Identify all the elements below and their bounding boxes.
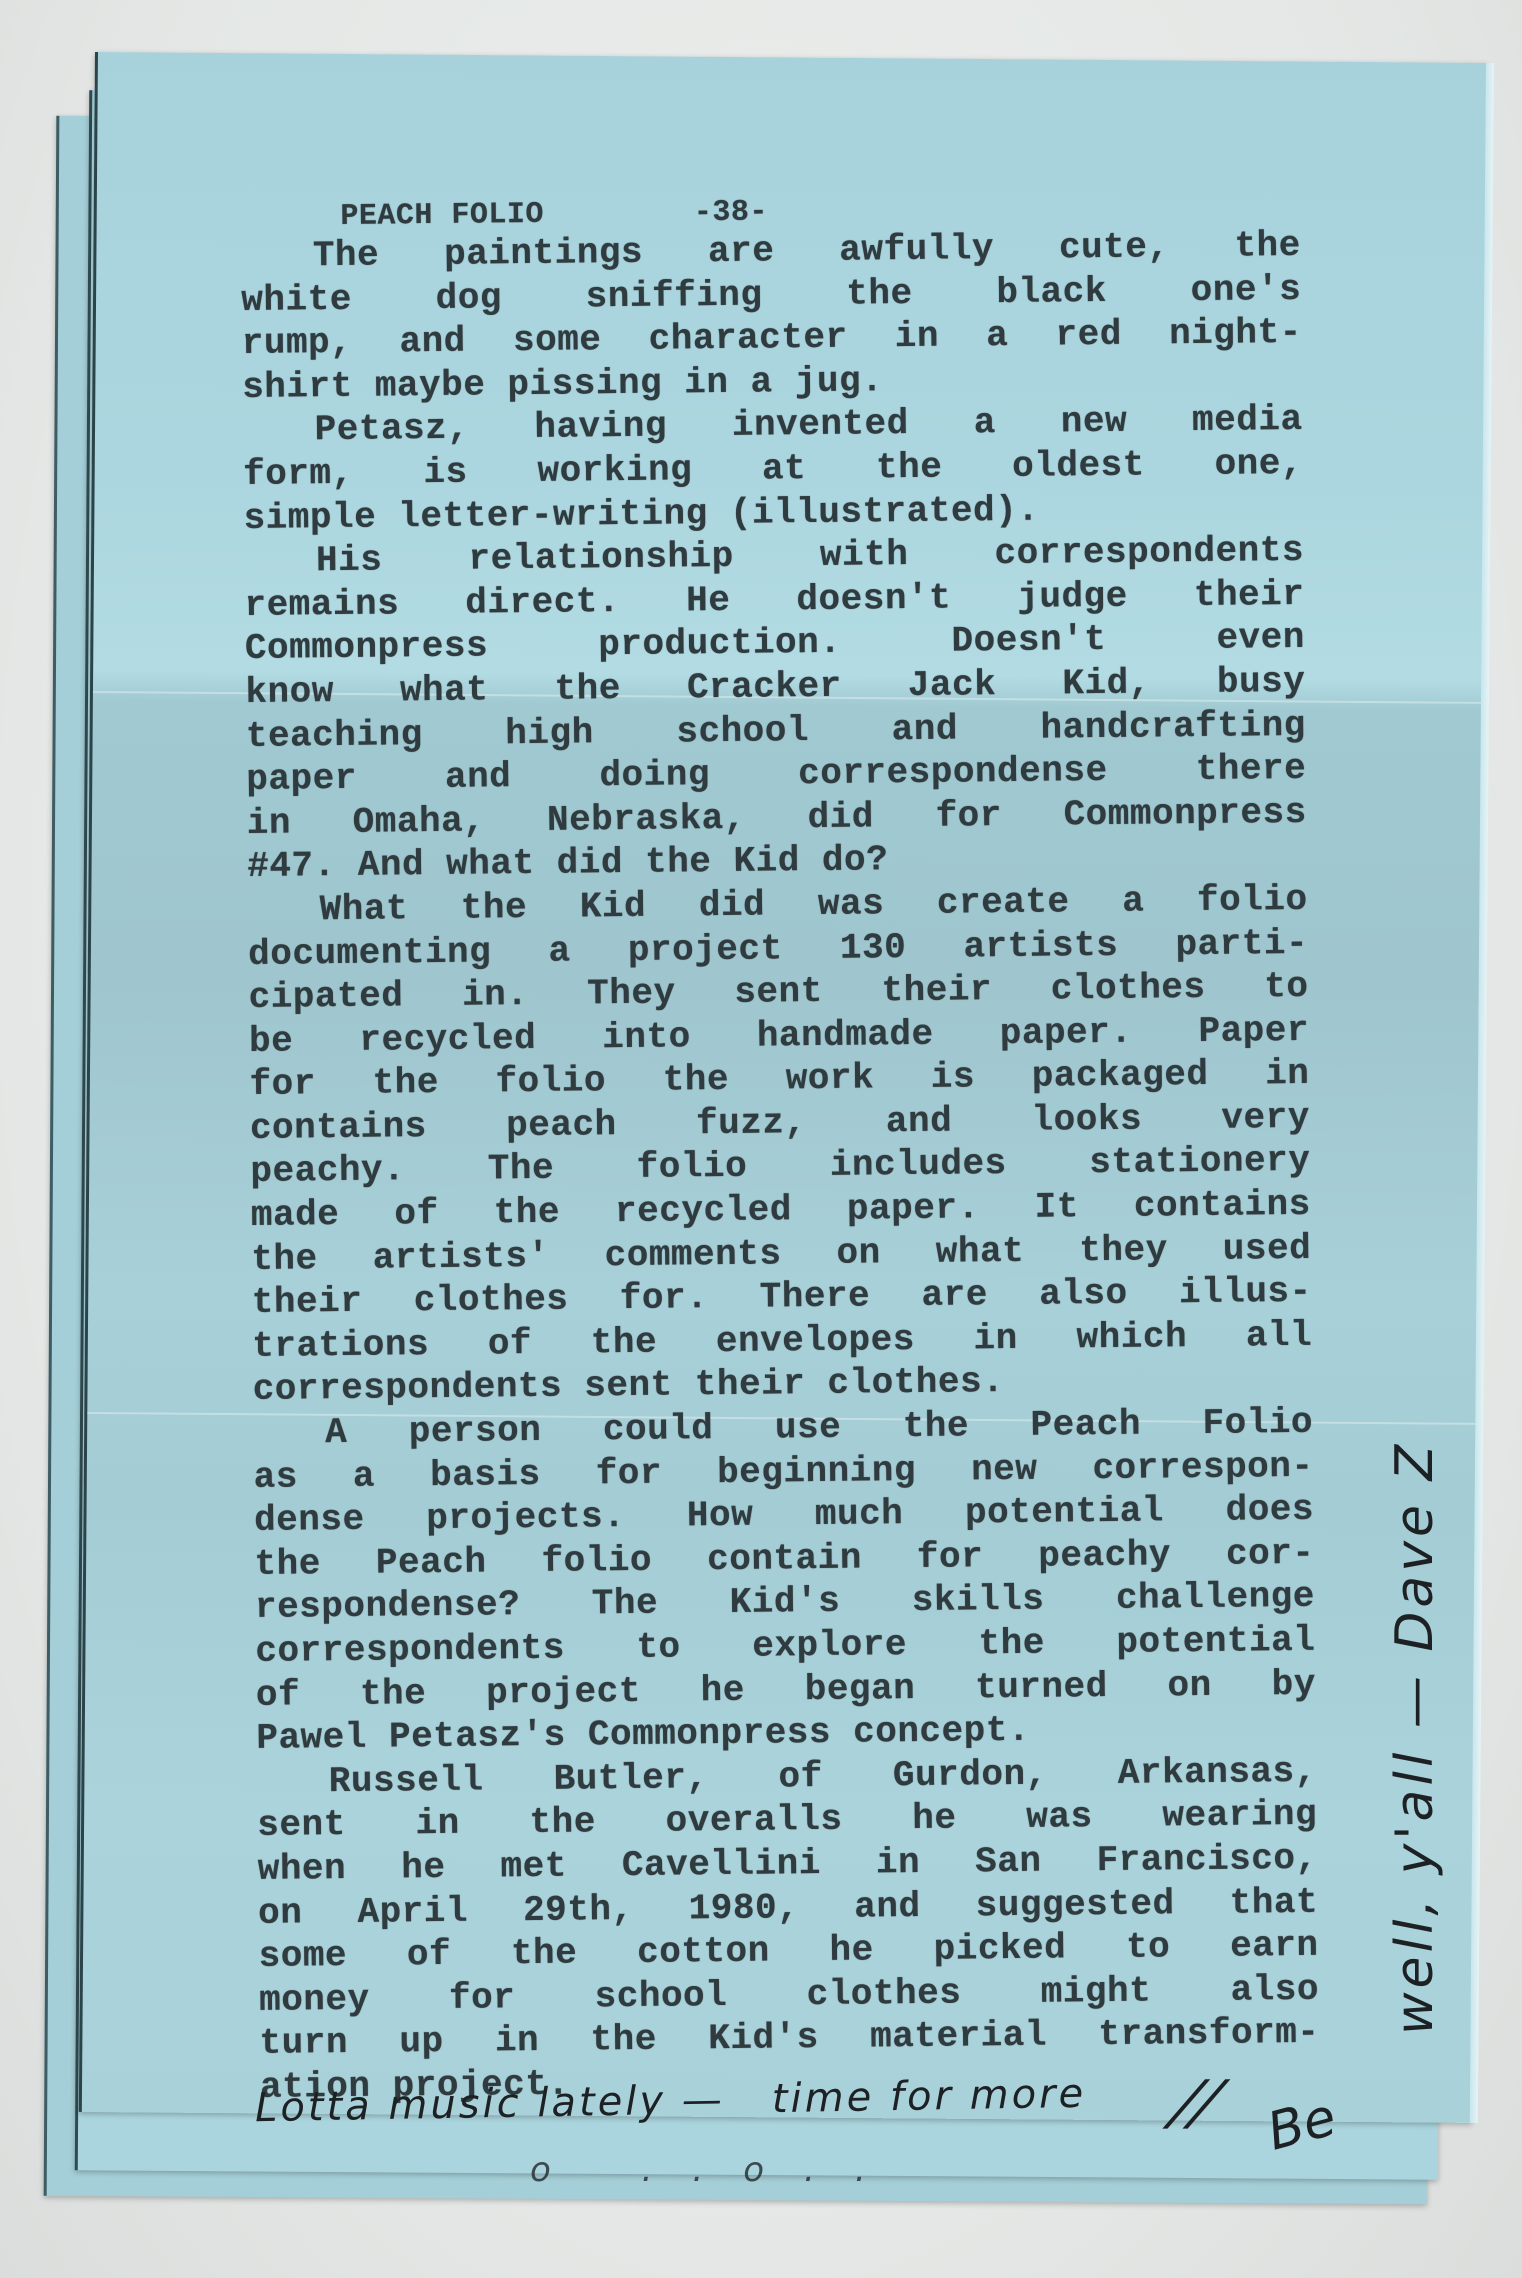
word: correspondents xyxy=(994,529,1304,576)
word: for xyxy=(249,1063,316,1107)
word: new xyxy=(971,1447,1038,1491)
word: sent xyxy=(257,1803,346,1848)
word: could xyxy=(603,1407,714,1452)
word: in xyxy=(1265,1052,1310,1096)
word: beginning xyxy=(717,1449,916,1495)
word: His xyxy=(316,539,383,583)
word: correspondense xyxy=(798,749,1108,796)
word: Petasz's xyxy=(389,1714,588,1760)
word: Pawel xyxy=(256,1716,389,1761)
word: the xyxy=(554,667,621,711)
word: Folio xyxy=(1202,1401,1313,1446)
word: form, xyxy=(243,452,354,497)
word: did xyxy=(556,841,645,886)
word: 1980, xyxy=(688,1886,799,1931)
word: in xyxy=(895,315,940,359)
word: #47. xyxy=(247,844,358,889)
word: dense xyxy=(254,1498,365,1543)
word: picked xyxy=(933,1927,1066,1972)
word: at xyxy=(762,447,807,491)
word: peach xyxy=(506,1103,617,1148)
word: of xyxy=(778,1755,823,1799)
word: paper. xyxy=(1000,1010,1133,1055)
word: maybe xyxy=(375,363,508,408)
word: to xyxy=(1264,965,1309,1009)
word: one's xyxy=(1190,267,1301,312)
word: for xyxy=(449,1976,516,2020)
word: they xyxy=(1079,1228,1168,1273)
word: some xyxy=(513,318,602,363)
word: met xyxy=(500,1845,567,1889)
typewritten-article: PEACH FOLIO -38- Thepaintingsareawfullyc… xyxy=(240,164,1320,2110)
article-body: Thepaintingsareawfullycute,thewhitedogsn… xyxy=(241,224,1321,2110)
word: And xyxy=(358,843,447,888)
word: is xyxy=(931,1056,976,1100)
word: did xyxy=(699,883,766,927)
word: when xyxy=(258,1847,347,1892)
word: overalls xyxy=(665,1798,842,1843)
word: rump, xyxy=(242,321,353,366)
word: there xyxy=(1196,747,1307,792)
word: be xyxy=(249,1019,294,1063)
word: the xyxy=(662,1058,729,1102)
word: their xyxy=(252,1280,363,1325)
word: of xyxy=(488,1322,533,1366)
word: up xyxy=(399,2020,444,2064)
word: folio xyxy=(1197,878,1308,923)
word: Francisco, xyxy=(1096,1837,1317,1883)
word: even xyxy=(1216,616,1305,661)
word: and xyxy=(891,707,958,751)
word: material xyxy=(870,2014,1047,2059)
word: production. xyxy=(598,621,842,667)
word: the xyxy=(846,272,913,316)
word: for xyxy=(917,1535,984,1579)
word: The xyxy=(488,1147,555,1191)
word: 29th, xyxy=(523,1888,634,1933)
word: work xyxy=(785,1057,874,1102)
word: their xyxy=(1194,573,1305,618)
word: with xyxy=(820,533,909,578)
word: sent xyxy=(734,970,823,1015)
word: red xyxy=(1055,313,1122,357)
word: remains xyxy=(244,582,399,627)
word: night- xyxy=(1169,311,1302,356)
word: Peach xyxy=(376,1540,487,1585)
word: much xyxy=(815,1492,904,1537)
word: in xyxy=(876,1841,921,1885)
word: documenting xyxy=(248,930,492,976)
word: dog xyxy=(435,276,502,320)
word: for xyxy=(935,794,1002,838)
word: relationship xyxy=(468,535,734,581)
word: clothes xyxy=(413,1278,568,1323)
word: simple xyxy=(243,495,398,540)
word: contains xyxy=(250,1105,427,1150)
word: transform- xyxy=(1098,2011,1319,2057)
word: includes xyxy=(830,1142,1007,1187)
word: Omaha, xyxy=(352,799,485,844)
word: handmade xyxy=(757,1012,934,1057)
word: for xyxy=(595,1451,662,1495)
word: skills xyxy=(912,1578,1045,1623)
word: by xyxy=(1271,1662,1316,1706)
word: the xyxy=(254,1542,321,1586)
word: Butler, xyxy=(553,1756,708,1801)
word: recycled xyxy=(615,1188,792,1233)
word: to xyxy=(636,1625,681,1669)
word: potential xyxy=(965,1490,1164,1536)
word: peachy xyxy=(1038,1533,1171,1578)
word: the xyxy=(461,886,528,930)
word: and xyxy=(399,320,466,364)
word: contains xyxy=(1134,1183,1311,1228)
word: in xyxy=(415,1802,460,1846)
word: clothes xyxy=(806,1971,961,2016)
word: the xyxy=(902,1404,969,1448)
word: He xyxy=(686,579,731,623)
word: in xyxy=(684,360,751,404)
word: teaching xyxy=(246,713,423,758)
word: parti- xyxy=(1175,921,1308,966)
word: what xyxy=(446,842,557,887)
word: cotton xyxy=(637,1930,770,1975)
word: are xyxy=(708,229,775,273)
word: There xyxy=(759,1275,870,1320)
word: basis xyxy=(430,1453,541,1498)
word: the xyxy=(978,1622,1045,1666)
word: paper xyxy=(246,757,357,802)
word: Nebraska, xyxy=(547,796,746,842)
word: person xyxy=(409,1409,542,1454)
word: all xyxy=(1246,1314,1313,1358)
word: Kid xyxy=(733,839,822,884)
word: pissing xyxy=(507,361,684,406)
word: Petasz, xyxy=(314,407,469,452)
word: the xyxy=(1234,224,1301,268)
word: invented xyxy=(732,402,909,447)
word: one, xyxy=(1214,442,1303,487)
word: What xyxy=(319,887,408,932)
word: which xyxy=(1076,1315,1187,1360)
word: trations xyxy=(252,1323,429,1368)
word: was xyxy=(818,882,885,926)
word: Jack xyxy=(908,663,997,708)
word: artists' xyxy=(373,1234,550,1279)
word: projects. xyxy=(426,1495,625,1541)
article-title: PEACH FOLIO xyxy=(340,198,544,234)
word: he xyxy=(912,1797,957,1841)
word: Cavellini xyxy=(622,1842,821,1888)
word: Peach xyxy=(1030,1403,1141,1448)
word: doesn't xyxy=(796,576,951,621)
word: explore xyxy=(752,1623,907,1668)
word: a xyxy=(750,360,795,404)
word: cipated xyxy=(248,974,403,1019)
word: the xyxy=(251,1237,318,1281)
word: packaged xyxy=(1031,1053,1208,1098)
word: paintings xyxy=(444,231,643,277)
word: paper. xyxy=(847,1186,980,1231)
word: and xyxy=(445,755,512,799)
word: Commonpress xyxy=(588,1711,854,1757)
word: a xyxy=(353,1454,376,1498)
word: the xyxy=(645,840,734,885)
word: in xyxy=(495,2019,540,2063)
word: character xyxy=(648,316,847,362)
word: sniffing xyxy=(585,273,762,318)
word: correspon- xyxy=(1092,1444,1313,1490)
word: cor- xyxy=(1226,1532,1315,1577)
word: judge xyxy=(1017,574,1128,619)
word: does xyxy=(1225,1488,1314,1533)
word: folio xyxy=(636,1145,747,1190)
word: the xyxy=(591,1321,658,1365)
word: made xyxy=(251,1193,340,1238)
word: illus- xyxy=(1179,1270,1312,1315)
word: turned xyxy=(975,1665,1108,1710)
word: 130 xyxy=(840,926,907,970)
word: Arkansas, xyxy=(1118,1750,1317,1796)
word: of xyxy=(407,1933,452,1977)
word: suggested xyxy=(975,1882,1174,1928)
word: earn xyxy=(1230,1924,1319,1969)
word: on xyxy=(258,1891,303,1935)
word: their xyxy=(695,1362,828,1407)
word: recycled xyxy=(359,1017,536,1062)
word: Kid's xyxy=(729,1580,840,1625)
word: to xyxy=(1126,1926,1171,1970)
word: did xyxy=(807,795,874,839)
word: April xyxy=(357,1889,468,1934)
word: The xyxy=(592,1582,659,1626)
word: potential xyxy=(1116,1619,1315,1665)
word: challenge xyxy=(1116,1575,1315,1621)
word: oldest xyxy=(1012,444,1145,489)
word: school xyxy=(594,1974,727,2019)
word: Kid xyxy=(580,885,647,929)
word: into xyxy=(602,1015,691,1060)
word: in xyxy=(973,1317,1018,1361)
word: the xyxy=(590,2018,657,2062)
word: looks xyxy=(1031,1097,1142,1142)
word: doing xyxy=(599,753,710,798)
word: concept. xyxy=(853,1709,1030,1754)
word: the xyxy=(493,1191,560,1235)
word: The xyxy=(313,234,380,278)
word: that xyxy=(1229,1880,1318,1925)
word: as xyxy=(253,1455,298,1499)
word: letter-writing xyxy=(398,491,730,538)
word: what xyxy=(936,1230,1025,1275)
word: peachy. xyxy=(250,1149,405,1194)
word: for. xyxy=(620,1276,709,1321)
word: Kid's xyxy=(708,2016,819,2061)
word: use xyxy=(775,1406,842,1450)
word: used xyxy=(1223,1226,1312,1271)
word: awfully xyxy=(839,227,994,272)
handwriting-bleed-through: o ..o.. xyxy=(530,2150,906,2190)
word: of xyxy=(256,1673,301,1717)
handwritten-signature-note: well, y'all — Dave Z xyxy=(1385,1441,1445,2035)
word: some xyxy=(258,1934,347,1979)
word: jug. xyxy=(795,359,884,404)
word: Cracker xyxy=(687,665,842,710)
word: the xyxy=(372,1061,439,1105)
word: of xyxy=(394,1192,439,1236)
word: do? xyxy=(822,839,889,883)
word: the xyxy=(876,446,943,490)
word: very xyxy=(1221,1096,1310,1141)
word: correspondents xyxy=(255,1627,565,1674)
word: began xyxy=(805,1667,916,1712)
word: also xyxy=(1230,1968,1319,2013)
word: Kid, xyxy=(1062,661,1151,706)
word: Commonpress xyxy=(1063,791,1307,837)
word: They xyxy=(587,972,676,1017)
word: envelopes xyxy=(716,1318,915,1364)
word: contain xyxy=(707,1536,862,1581)
word: cute, xyxy=(1059,225,1170,270)
word: white xyxy=(241,277,352,322)
word: money xyxy=(259,1977,370,2022)
word: is xyxy=(423,451,468,495)
word: black xyxy=(996,270,1107,315)
word: Doesn't xyxy=(951,618,1106,663)
word: he xyxy=(829,1929,874,1973)
word: Paper xyxy=(1198,1009,1309,1054)
word: what xyxy=(400,668,489,713)
word: fuzz, xyxy=(696,1101,807,1146)
word: school xyxy=(676,709,809,754)
word: folio xyxy=(495,1059,606,1104)
word: are xyxy=(921,1273,988,1317)
word: A xyxy=(325,1411,348,1455)
word: project xyxy=(628,927,783,972)
word: a xyxy=(1122,879,1145,923)
word: working xyxy=(537,448,692,493)
word: shirt xyxy=(242,364,375,409)
word: new xyxy=(1061,400,1128,444)
word: It xyxy=(1034,1185,1079,1229)
word: know xyxy=(245,670,334,715)
word: he xyxy=(401,1846,446,1890)
word: sent xyxy=(584,1364,695,1409)
word: clothes xyxy=(1051,966,1206,1011)
word: comments xyxy=(604,1232,781,1277)
word: create xyxy=(937,880,1070,925)
word: stationery xyxy=(1089,1139,1310,1185)
word: San xyxy=(975,1840,1042,1884)
word: in xyxy=(247,801,292,845)
page-number: -38- xyxy=(694,195,768,230)
word: their xyxy=(881,968,992,1013)
word: turn xyxy=(259,2021,348,2066)
word: Commonpress xyxy=(245,625,489,671)
word: a xyxy=(986,314,1009,358)
word: high xyxy=(505,711,594,756)
word: might xyxy=(1040,1969,1151,2014)
word: handcrafting xyxy=(1040,703,1306,749)
word: clothes. xyxy=(827,1361,1004,1406)
word: respondense? xyxy=(255,1584,521,1630)
word: and xyxy=(886,1099,953,1143)
word: artists xyxy=(963,923,1118,968)
word: the xyxy=(511,1932,578,1976)
word: a xyxy=(974,401,997,445)
word: correspondents xyxy=(252,1365,584,1412)
word: on xyxy=(836,1231,881,1275)
word: he xyxy=(700,1668,745,1712)
word: wearing xyxy=(1162,1793,1317,1838)
word: and xyxy=(854,1885,921,1929)
page-header: PEACH FOLIO -38- xyxy=(240,164,1301,235)
word: (illustrated). xyxy=(730,488,1040,535)
word: the xyxy=(360,1672,427,1716)
word: folio xyxy=(541,1539,652,1584)
word: in. xyxy=(462,973,529,1017)
word: media xyxy=(1192,398,1303,443)
word: busy xyxy=(1217,660,1306,705)
word: was xyxy=(1026,1796,1093,1840)
word: direct. xyxy=(465,580,620,625)
word: on xyxy=(1167,1664,1212,1708)
word: having xyxy=(534,405,667,450)
word: Russell xyxy=(329,1758,484,1803)
word: project xyxy=(486,1669,641,1714)
word: also xyxy=(1039,1272,1128,1317)
word: the xyxy=(529,1801,596,1845)
word: Gurdon, xyxy=(893,1752,1048,1797)
word: How xyxy=(687,1494,754,1538)
word: a xyxy=(548,929,571,973)
